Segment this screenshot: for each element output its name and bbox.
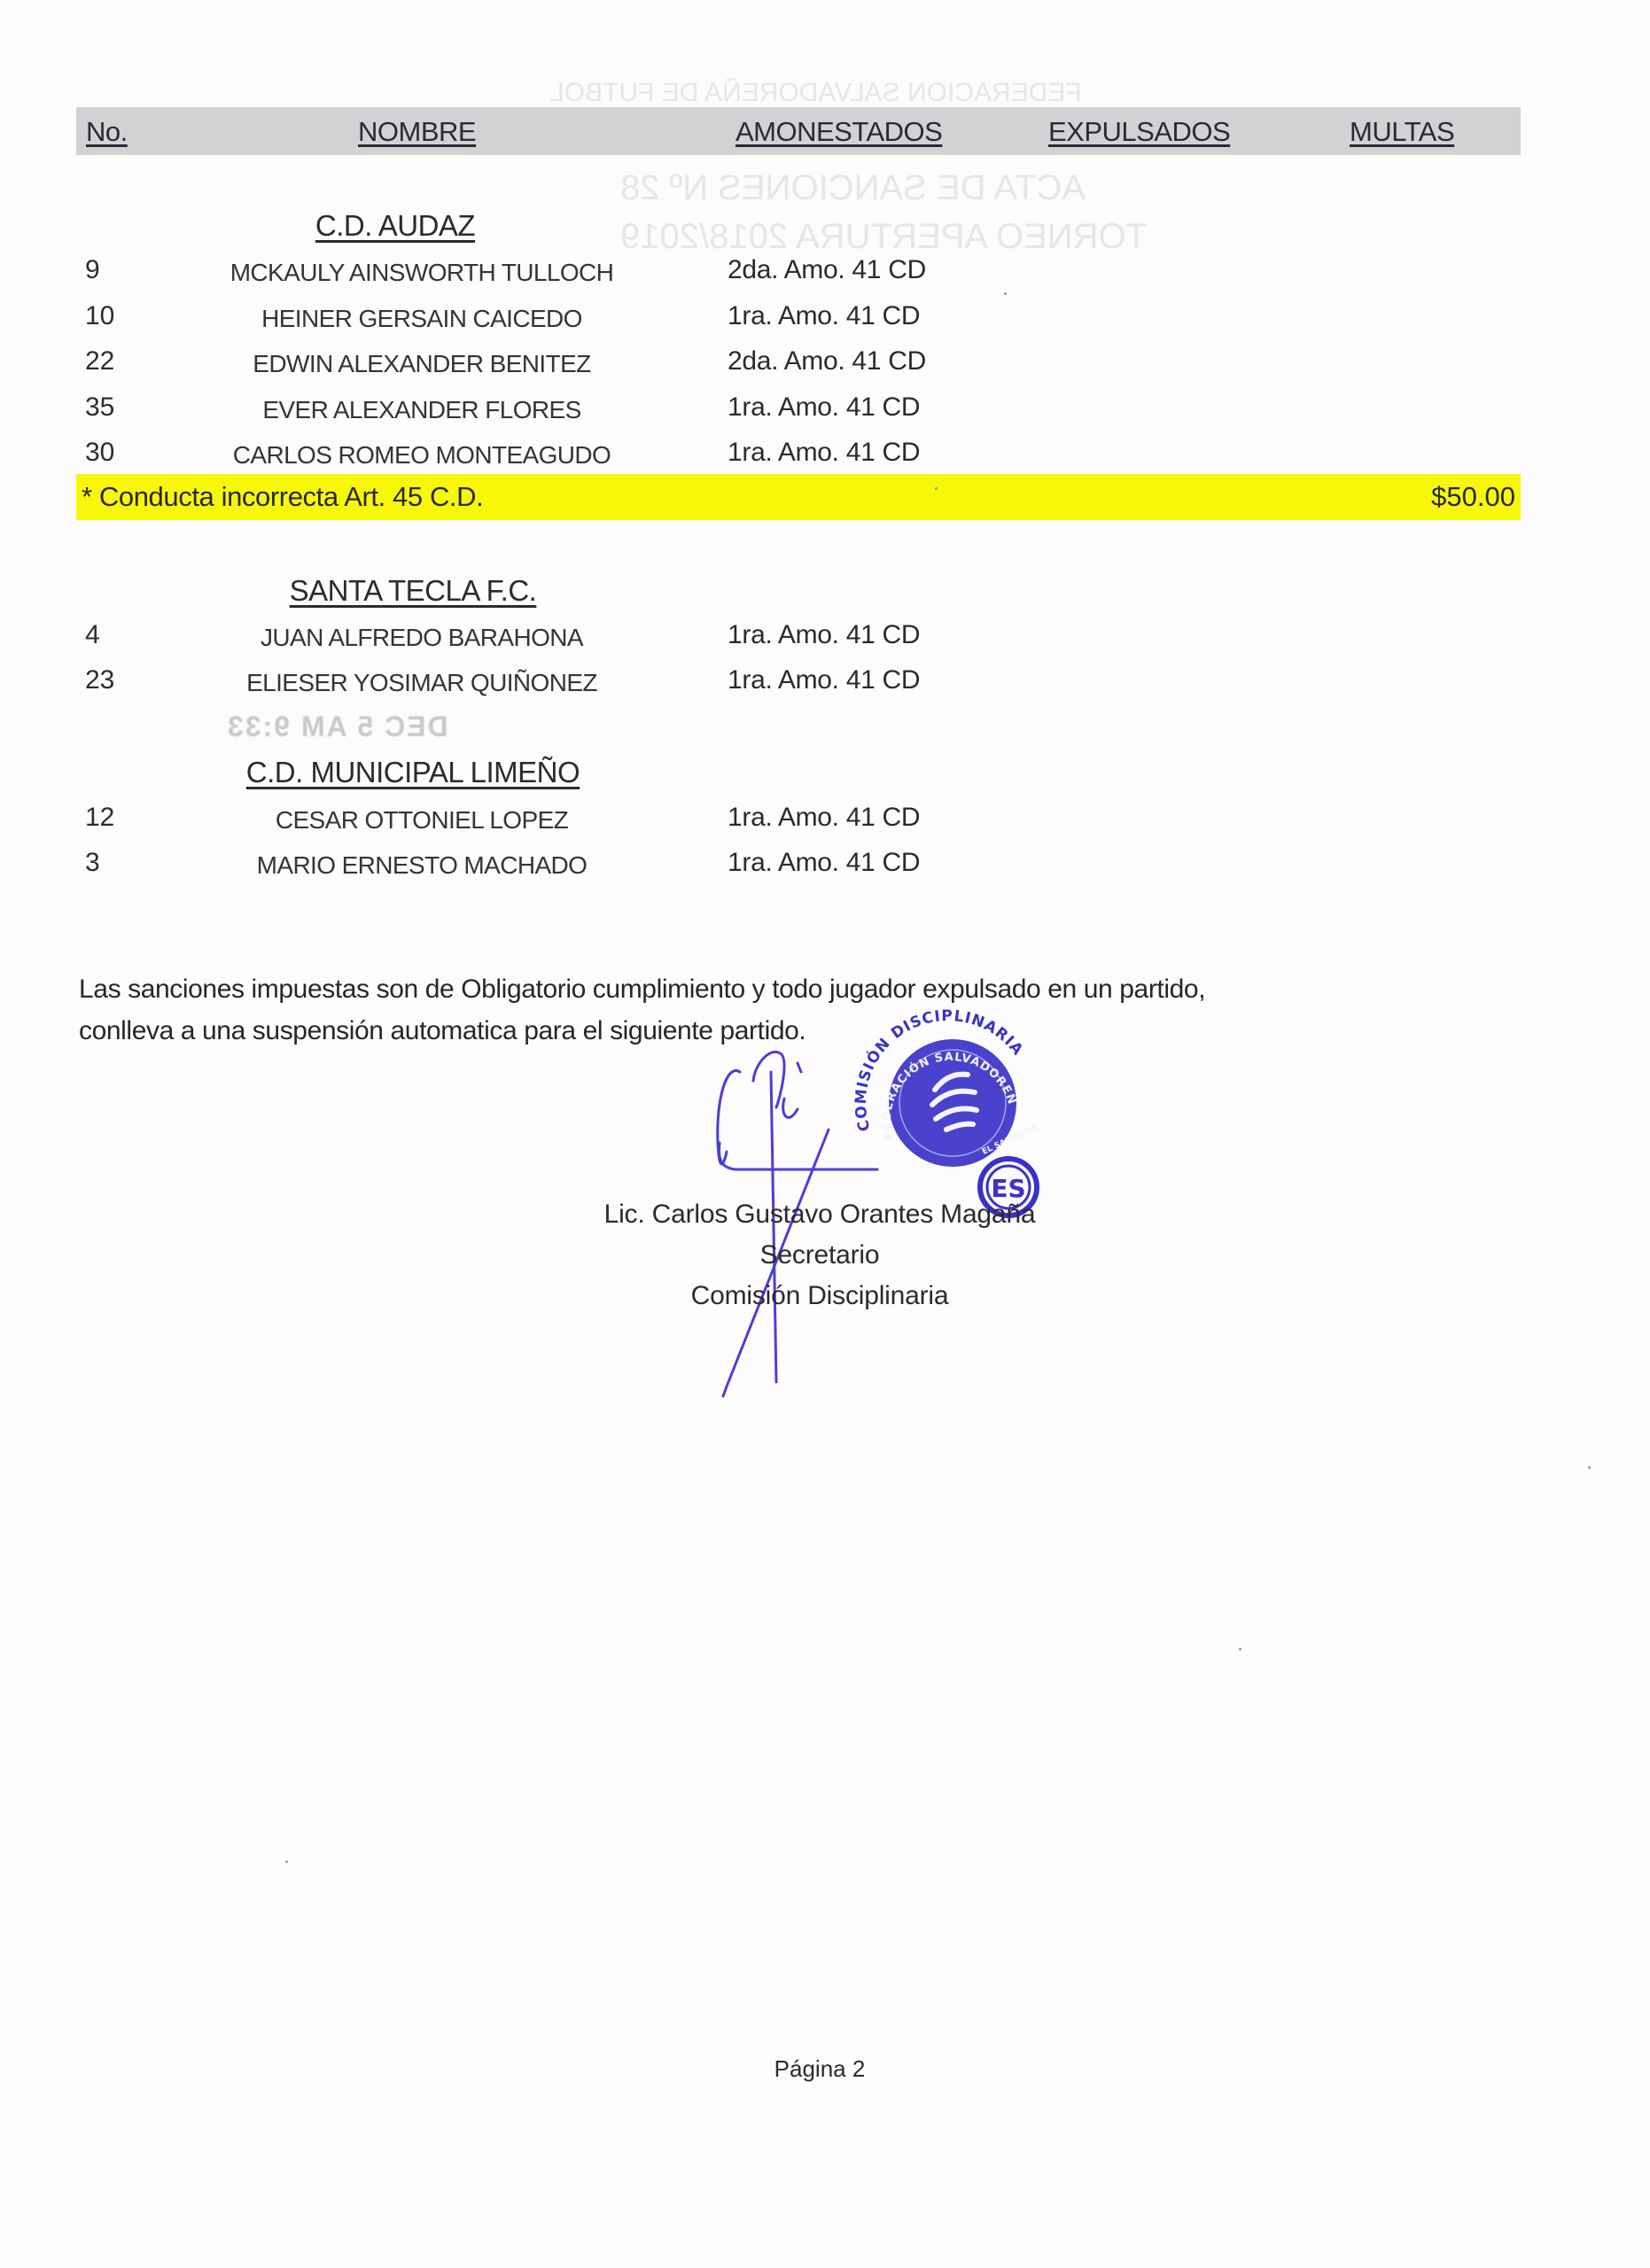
table-row: 30 CARLOS ROMEO MONTEAGUDO 1ra. Amo. 41 …: [76, 438, 1521, 477]
bleed-through-text: FEDERACION SALVADOREÑA DE FUTBOL: [549, 78, 1082, 108]
player-name: MARIO ERNESTO MACHADO: [183, 851, 661, 880]
page-number: Página 2: [709, 2055, 930, 2083]
player-number: 10: [85, 301, 138, 331]
player-number: 3: [85, 848, 138, 878]
table-row: 9 MCKAULY AINSWORTH TULLOCH 2da. Amo. 41…: [76, 255, 1521, 294]
player-name: JUAN ALFREDO BARAHONA: [183, 624, 661, 652]
table-row: 3 MARIO ERNESTO MACHADO 1ra. Amo. 41 CD: [76, 848, 1521, 887]
header-nombre: NOMBRE: [358, 116, 476, 148]
player-number: 12: [85, 803, 138, 833]
scan-speck: [935, 487, 938, 490]
team-title: C.D. MUNICIPAL LIMEÑO: [147, 756, 679, 789]
team-title: SANTA TECLA F.C.: [147, 574, 679, 608]
document-page: FEDERACION SALVADOREÑA DE FUTBOL ACTA DE…: [0, 0, 1650, 2268]
signatory-title: Secretario: [532, 1235, 1108, 1276]
table-row: 10 HEINER GERSAIN CAICEDO 1ra. Amo. 41 C…: [76, 301, 1521, 340]
header-no: No.: [86, 116, 128, 148]
bleed-through-text: TORNEO APERTURA 2018/2019: [620, 217, 1147, 257]
fine-row: * Conducta incorrecta Art. 45 C.D. $50.0…: [76, 474, 1521, 520]
team-title: C.D. AUDAZ: [129, 209, 661, 243]
table-row: 22 EDWIN ALEXANDER BENITEZ 2da. Amo. 41 …: [76, 346, 1521, 385]
player-amonestado: 2da. Amo. 41 CD: [728, 255, 926, 285]
sanctions-notice: Las sanciones impuestas son de Obligator…: [79, 968, 1408, 1052]
signatory-block: Lic. Carlos Gustavo Orantes Magaña Secre…: [532, 1194, 1108, 1317]
header-expulsados: EXPULSADOS: [1048, 116, 1230, 148]
player-number: 35: [85, 392, 138, 423]
player-name: EDWIN ALEXANDER BENITEZ: [183, 350, 661, 378]
bleed-through-text: ACTA DE SANCIONES Nº 28: [620, 168, 1086, 208]
player-name: MCKAULY AINSWORTH TULLOCH: [183, 259, 661, 287]
fine-amount: $50.00: [1431, 481, 1515, 513]
header-multas: MULTAS: [1350, 116, 1454, 148]
player-amonestado: 1ra. Amo. 41 CD: [728, 620, 920, 650]
player-number: 30: [85, 438, 138, 468]
fine-description: * Conducta incorrecta Art. 45 C.D.: [82, 481, 483, 513]
notice-line: Las sanciones impuestas son de Obligator…: [79, 968, 1408, 1010]
scan-speck: [1588, 1466, 1591, 1469]
player-amonestado: 1ra. Amo. 41 CD: [728, 392, 920, 423]
table-row: 4 JUAN ALFREDO BARAHONA 1ra. Amo. 41 CD: [76, 620, 1521, 659]
signatory-body: Comisión Disciplinaria: [532, 1276, 1108, 1317]
received-date-stamp: DEC 5 AM 9:33: [226, 711, 448, 743]
player-name: HEINER GERSAIN CAICEDO: [183, 305, 661, 333]
player-name: ELIESER YOSIMAR QUIÑONEZ: [183, 669, 661, 697]
player-amonestado: 1ra. Amo. 41 CD: [728, 665, 920, 695]
table-row: 35 EVER ALEXANDER FLORES 1ra. Amo. 41 CD: [76, 392, 1521, 431]
player-amonestado: 1ra. Amo. 41 CD: [728, 803, 920, 833]
player-amonestado: 2da. Amo. 41 CD: [728, 346, 926, 377]
table-row: 12 CESAR OTTONIEL LOPEZ 1ra. Amo. 41 CD: [76, 803, 1521, 842]
player-name: EVER ALEXANDER FLORES: [183, 396, 661, 424]
player-name: CESAR OTTONIEL LOPEZ: [183, 806, 661, 835]
player-number: 4: [85, 620, 138, 650]
header-amonestados: AMONESTADOS: [735, 116, 942, 148]
player-amonestado: 1ra. Amo. 41 CD: [728, 848, 920, 878]
player-name: CARLOS ROMEO MONTEAGUDO: [183, 441, 661, 470]
player-number: 23: [85, 665, 138, 695]
signatory-name: Lic. Carlos Gustavo Orantes Magaña: [532, 1194, 1108, 1235]
table-row: 23 ELIESER YOSIMAR QUIÑONEZ 1ra. Amo. 41…: [76, 665, 1521, 704]
table-header: No. NOMBRE AMONESTADOS EXPULSADOS MULTAS: [76, 107, 1521, 155]
player-amonestado: 1ra. Amo. 41 CD: [728, 301, 920, 331]
player-amonestado: 1ra. Amo. 41 CD: [728, 438, 920, 468]
scan-speck: [285, 1860, 288, 1863]
scan-speck: [1004, 292, 1007, 295]
player-number: 22: [85, 346, 138, 377]
scan-speck: [1239, 1648, 1241, 1651]
player-number: 9: [85, 255, 138, 285]
